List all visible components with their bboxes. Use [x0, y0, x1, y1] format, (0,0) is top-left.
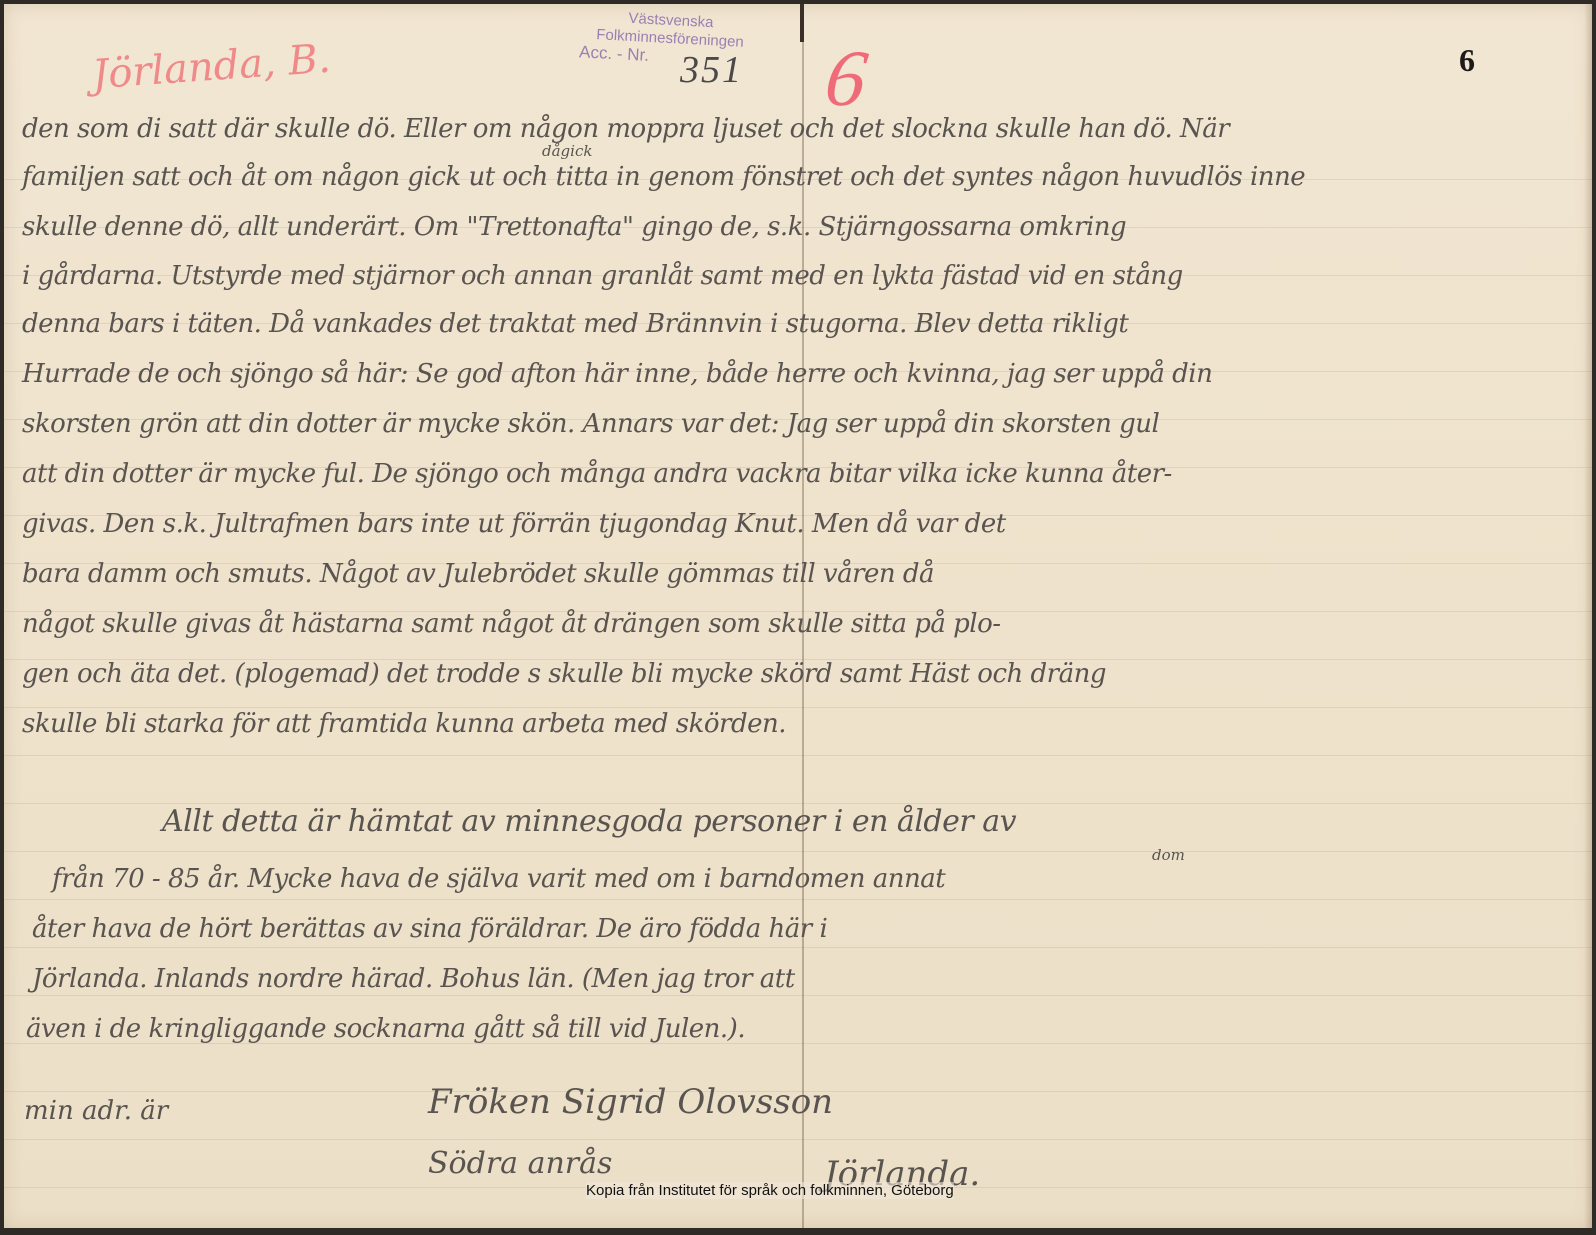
text-line: familjen satt och åt om någon gick ut oc… [22, 162, 1305, 192]
text-line: Hurrade de och sjöngo så här: Se god aft… [22, 359, 1212, 389]
text-line: skorsten grön att din dotter är mycke sk… [22, 409, 1159, 439]
page-number: 6 [1459, 42, 1475, 79]
page-edge [1584, 4, 1592, 1228]
text-line: åter hava de hört berättas av sina föräl… [32, 914, 827, 944]
text-line: gen och äta det. (plogemad) det trodde s… [22, 659, 1106, 689]
text-line: skulle denne dö, allt underärt. Om "Tret… [22, 212, 1126, 242]
signature-name: Fröken Sigrid Olovsson [428, 1082, 833, 1122]
text-line: bara damm och smuts. Något av Julebrödet… [22, 559, 934, 589]
text-line: Jörlanda. Inlands nordre härad. Bohus lä… [32, 964, 795, 994]
text-line: något skulle givas åt hästarna samt någo… [22, 609, 1001, 639]
scan-border [0, 1228, 1596, 1235]
interlinear-insertion: dågick [542, 142, 592, 160]
accession-number: 351 [680, 48, 743, 92]
text-line: denna bars i täten. Då vankades det trak… [22, 309, 1128, 339]
text-line: från 70 - 85 år. Mycke hava de själva va… [52, 864, 945, 894]
text-line: i gårdarna. Utstyrde med stjärnor och an… [22, 261, 1183, 291]
interlinear-insertion: dom [1152, 846, 1185, 864]
text-line: Allt detta är hämtat av minnesgoda perso… [162, 804, 1016, 839]
text-line: givas. Den s.k. Jultrafmen bars inte ut … [22, 509, 1006, 539]
manuscript-page: Jörlanda, B. 6 Västsvenska Folkminnesför… [4, 4, 1592, 1228]
text-line: även i de kringliggande socknarna gått s… [26, 1014, 745, 1044]
text-line: att din dotter är mycke ful. De sjöngo o… [22, 459, 1172, 489]
red-annotation-page: 6 [820, 34, 873, 125]
signature-address: Södra anrås [428, 1146, 612, 1181]
text-line: den som di satt där skulle dö. Eller om … [22, 114, 1229, 144]
red-annotation-location: Jörlanda, B. [91, 36, 332, 99]
archive-copy-caption: Kopia från Institutet för språk och folk… [586, 1182, 954, 1199]
text-line: skulle bli starka för att framtida kunna… [22, 709, 786, 739]
fold-gap [800, 4, 804, 42]
address-label: min adr. är [24, 1096, 168, 1126]
